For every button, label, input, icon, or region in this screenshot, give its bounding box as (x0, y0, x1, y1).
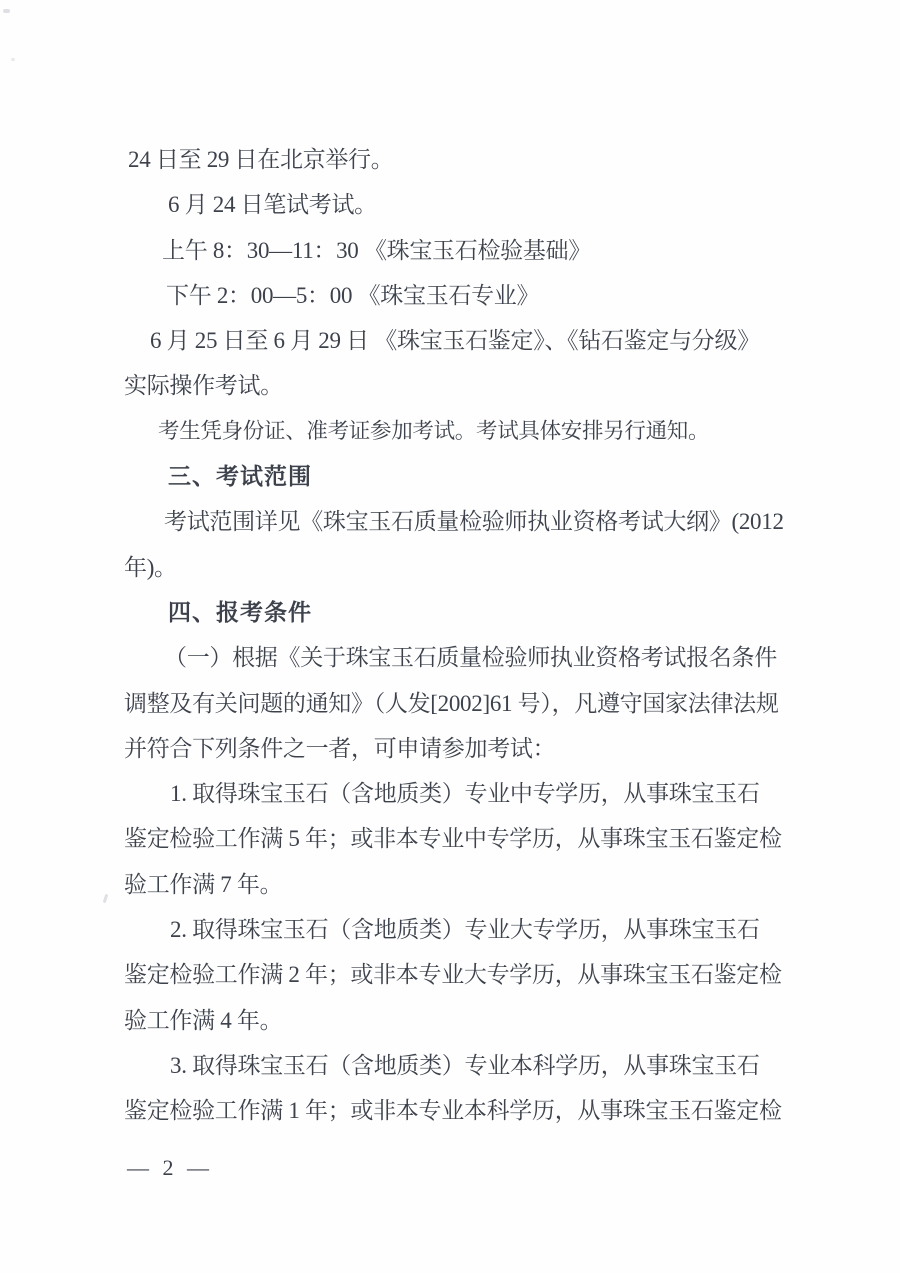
text-line: 年)。 (124, 545, 794, 590)
text-line: 2. 取得珠宝玉石（含地质类）专业大专学历，从事珠宝玉石 (124, 907, 794, 952)
text-line: （一）根据《关于珠宝玉石质量检验师执业资格考试报名条件 (124, 635, 794, 680)
text-line: 鉴定检验工作满 2 年；或非本专业大专学历，从事珠宝玉石鉴定检 (124, 952, 794, 997)
section-heading: 四、报考条件 (124, 590, 794, 635)
scan-artifact (11, 58, 15, 61)
text-line: 1. 取得珠宝玉石（含地质类）专业中专学历，从事珠宝玉石 (124, 771, 794, 816)
section-heading: 三、考试范围 (124, 454, 794, 499)
text-line: 实际操作考试。 (124, 363, 794, 408)
document-page: 24 日至 29 日在北京举行。6 月 24 日笔试考试。上午 8：30—11：… (0, 0, 900, 1273)
text-line: 24 日至 29 日在北京举行。 (124, 137, 794, 182)
text-line: 考试范围详见《珠宝玉石质量检验师执业资格考试大纲》(2012 (124, 499, 794, 544)
text-line: 鉴定检验工作满 5 年；或非本专业中专学历，从事珠宝玉石鉴定检 (124, 816, 794, 861)
page-number: — 2 — (127, 1153, 213, 1183)
text-line: 3. 取得珠宝玉石（含地质类）专业本科学历，从事珠宝玉石 (124, 1043, 794, 1088)
text-line: 上午 8：30—11：30 《珠宝玉石检验基础》 (124, 228, 794, 273)
scan-artifact (3, 9, 10, 13)
text-line: 6 月 25 日至 6 月 29 日 《珠宝玉石鉴定》、《钻石鉴定与分级》 (124, 318, 794, 363)
text-line: 验工作满 4 年。 (124, 998, 794, 1043)
text-line: 验工作满 7 年。 (124, 862, 794, 907)
text-line: 鉴定检验工作满 1 年；或非本专业本科学历，从事珠宝玉石鉴定检 (124, 1088, 794, 1133)
text-line: 调整及有关问题的通知》（人发[2002]61 号），凡遵守国家法律法规 (124, 681, 794, 726)
scan-artifact (103, 894, 109, 903)
text-line: 考生凭身份证、准考证参加考试。考试具体安排另行通知。 (124, 409, 794, 454)
text-line: 6 月 24 日笔试考试。 (124, 182, 794, 227)
text-line: 下午 2：00—5：00 《珠宝玉石专业》 (124, 273, 794, 318)
document-body: 24 日至 29 日在北京举行。6 月 24 日笔试考试。上午 8：30—11：… (124, 137, 794, 1134)
text-line: 并符合下列条件之一者，可申请参加考试： (124, 726, 794, 771)
